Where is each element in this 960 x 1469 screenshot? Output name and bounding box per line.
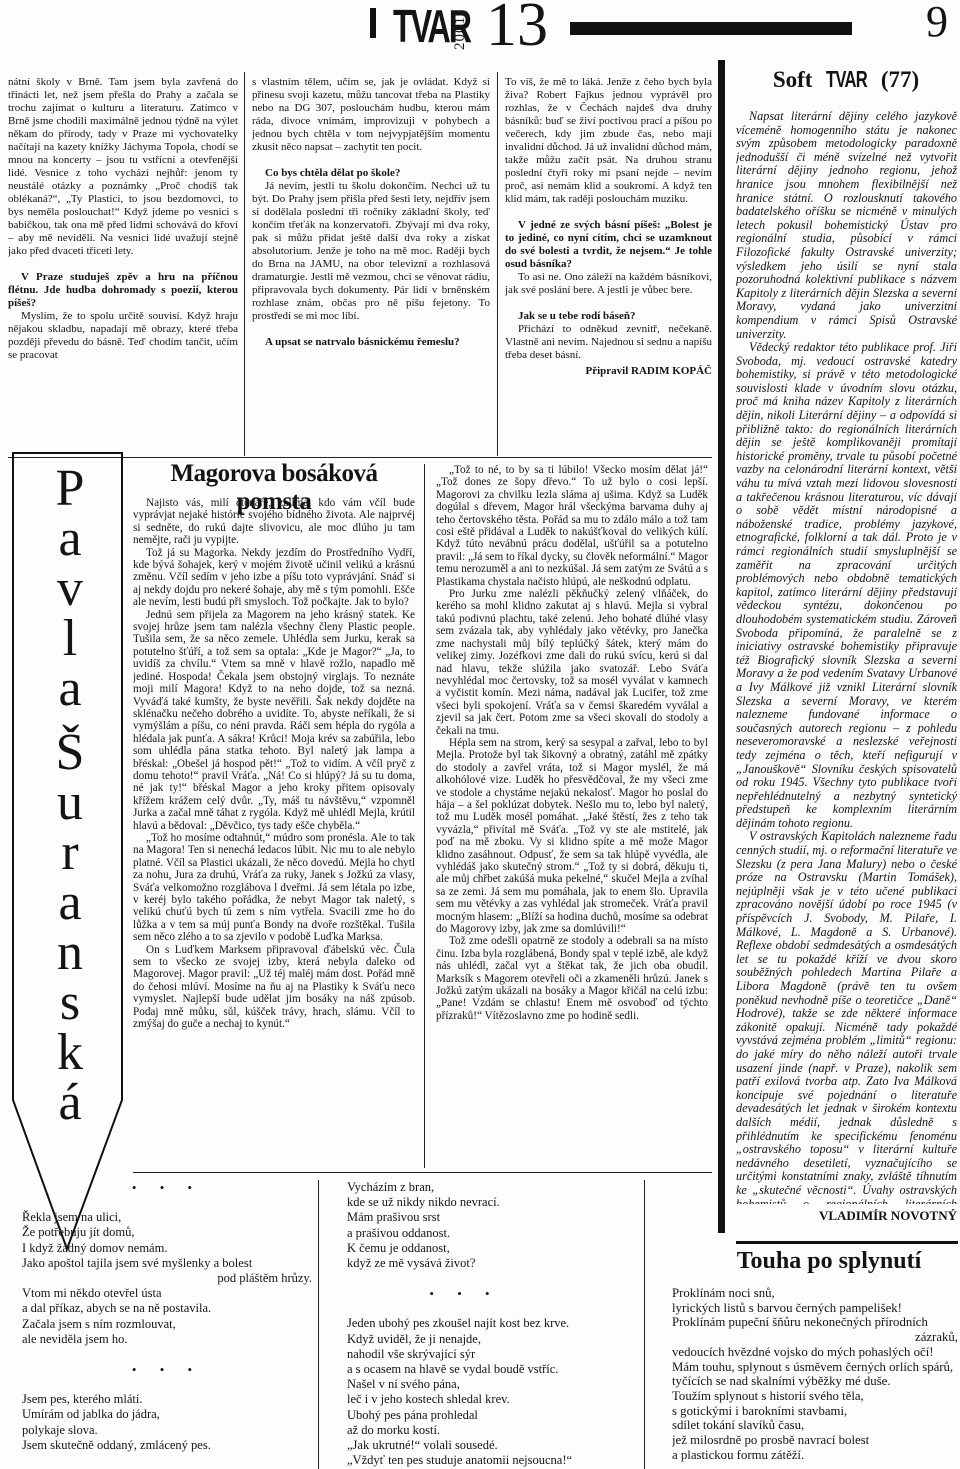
verse-line: a prašivou oddanost. (347, 1226, 582, 1241)
verse-line: leč i v jeho kostech shledal krev. (347, 1392, 582, 1407)
banner-letter: v (57, 564, 83, 614)
banner-letter: l (63, 614, 77, 664)
review-title: Soft TVAR (77) (736, 66, 956, 93)
author-banner-name: PavlaŠuranská (24, 464, 116, 1128)
paragraph: Myslím, že to spolu určitě souvisí. Když… (8, 310, 238, 362)
verse-line: Začala jsem s ním rozmlouvat, (22, 1317, 312, 1332)
review-title-logo: TVAR (826, 66, 867, 93)
interview-question: V Praze studuješ zpěv a hru na příčnou f… (8, 271, 238, 310)
main-divider-bar (718, 60, 725, 1233)
paragraph: „Tož to né, to by sa ti lúbilo! Všecko m… (436, 464, 708, 588)
verse-line: kde se už nikdy nikdo nevrací. (347, 1195, 582, 1210)
banner-letter: á (58, 1078, 81, 1128)
verse-line: sdílet tokání slavíků času, (672, 1418, 958, 1433)
separator-dots: • • • (22, 1180, 312, 1195)
verse-line: Vtom mi někdo otevřel ústa (22, 1286, 312, 1301)
column-rule (497, 72, 498, 456)
banner-letter: P (56, 464, 85, 514)
verse-line: lyrických listů s barvou černých pampeli… (672, 1301, 958, 1316)
verse-line: Že potřebuju jít domů, (22, 1225, 312, 1240)
column-rule (244, 72, 245, 456)
poem-touha-body: Proklínám noci snů,lyrických listů s bar… (672, 1286, 958, 1469)
page-number: 9 (926, 0, 948, 47)
paragraph: Napsat literární dějiny celého jazykově … (736, 110, 957, 341)
masthead-year: 2001 (452, 16, 469, 50)
review-body: Napsat literární dějiny celého jazykově … (736, 110, 957, 1204)
verse-line: nahodil vše skrývající sýr (347, 1347, 582, 1362)
column-rule (644, 1180, 645, 1469)
verse-line: až do morku kostí. (347, 1423, 582, 1438)
verse-line: Jsem pes, kterého mlátí. (22, 1392, 312, 1407)
verse-line: Mám prašivou srst (347, 1210, 582, 1225)
verse-line: Našel v ní svého pána, (347, 1377, 582, 1392)
poem-section-title: Touha po splynutí (700, 1248, 958, 1275)
interview-question: Jak se u tebe rodí báseň? (505, 310, 712, 323)
paragraph: Pro Jurku zme nalézli pěkňučký zelený vl… (436, 588, 708, 737)
paragraph: Najisto vás, milí čtenářé, zajímá, kdo v… (133, 497, 415, 547)
separator-dots: • • • (347, 1286, 582, 1301)
banner-letter: Š (56, 728, 85, 778)
paragraph: „Tož ho mosíme odtahnút,“ múdro som pron… (133, 832, 415, 944)
verse-line-right: zázraků, (672, 1330, 958, 1345)
verse-line: „Vždyť ten pes studuje anatomii nejsoucn… (347, 1453, 582, 1468)
masthead-square-mark (370, 8, 376, 38)
verse-line: a plastickou formu zátěží. (672, 1448, 958, 1463)
paragraph: Jednú sem přijela za Magorem na jeho krá… (133, 609, 415, 832)
banner-letter: s (60, 978, 80, 1028)
column-rule (318, 1180, 319, 1469)
paragraph: To víš, že mě to láká. Jenže z čeho bych… (505, 76, 712, 206)
verse-line: jež milosrdně po prosbě navrací bolest (672, 1433, 958, 1448)
verse-line: K čemu je oddanost, (347, 1241, 582, 1256)
review-byline: VLADIMÍR NOVOTNÝ (736, 1208, 957, 1224)
verse-line: Jsem skutečně oddaný, zmlácený pes. (22, 1438, 312, 1453)
verse-line: „Jak ukrutné!“ volali sousedé. (347, 1438, 582, 1453)
paragraph: Tož já su Magorka. Nekdy jezdím do Prost… (133, 547, 415, 609)
interview-column-2: s vlastním tělem, učím se, jak je ovláda… (252, 76, 490, 456)
banner-letter: a (58, 878, 81, 928)
verse-line: Proklínám noci snů, (672, 1286, 958, 1301)
verse-line: a s ocasem na hlavě se vydal boudě vstří… (347, 1362, 582, 1377)
column-rule (424, 464, 425, 1168)
interview-question: V jedné ze svých básní píšeš: „Bolest je… (505, 219, 712, 271)
story-column-1: Najisto vás, milí čtenářé, zajímá, kdo v… (133, 497, 415, 1165)
verse-line: tyčících se nad skalními výběžky mé duše… (672, 1374, 958, 1389)
banner-letter: a (58, 514, 81, 564)
paragraph: s vlastním tělem, učím se, jak je ovláda… (252, 76, 490, 154)
verse-line: když ze mě vysává život? (347, 1256, 582, 1271)
paragraph: Tož zme odešli opatrně ze stodoly a odeb… (436, 935, 708, 1022)
paragraph: Vědecký redaktor této publikace prof. Ji… (736, 341, 957, 830)
verse-line-right: pod pláštěm hrůzy. (22, 1271, 312, 1286)
verse-line: Ubohý pes pána prohledal (347, 1408, 582, 1423)
verse-line: Mám touhu, splynout s úsměvem černých or… (672, 1360, 958, 1375)
verse-line: ale neviděla jsem ho. (22, 1332, 312, 1347)
interview-question: Co bys chtěla dělat po škole? (252, 167, 490, 180)
byline: Připravil RADIM KOPÁČ (505, 365, 712, 378)
paragraph: nátní školy v Brně. Tam jsem byla zavřen… (8, 76, 238, 258)
paragraph: To asi ne. Ono záleží na každém básníkov… (505, 271, 712, 297)
paragraph: On s Luďkem Marksem připravoval ďábelskú… (133, 944, 415, 1031)
verse-line: vedoucích hvězdné vojsko do mých pohaslý… (672, 1345, 958, 1360)
paragraph: Já nevím, jestli tu školu dokončím. Nech… (252, 180, 490, 323)
banner-letter: n (57, 928, 83, 978)
verse-line: Řekla jsem na ulici, (22, 1210, 312, 1225)
newspaper-page: TVAR 2001 13 9 nátní školy v Brně. Tam j… (0, 0, 960, 1469)
verse-line: Toužím splynout s historií svého těla, (672, 1389, 958, 1404)
paragraph: Hépla sem na strom, kerý sa sesypal a za… (436, 737, 708, 936)
poem-column-2: Vycházím z bran,kde se už nikdy nikdo ne… (347, 1180, 582, 1469)
banner-letter: r (61, 828, 78, 878)
banner-letter: u (57, 778, 83, 828)
review-title-pre: Soft (773, 67, 813, 92)
verse-line: Jeden ubohý pes zkoušel najít kost bez k… (347, 1316, 582, 1331)
masthead-bar (570, 22, 852, 35)
interview-question: A upsat se natrvalo básnickému řemeslu? (252, 336, 490, 349)
verse-line: Vycházím z bran, (347, 1180, 582, 1195)
story-column-2: „Tož to né, to by sa ti lúbilo! Všecko m… (436, 464, 708, 1165)
verse-line: Proklínám pupeční šňůru nekonečných přír… (672, 1315, 958, 1330)
paragraph: Přichází to odněkud zevnitř, nečekaně. V… (505, 323, 712, 362)
verse-line: polykaje slova. (22, 1423, 312, 1438)
interview-column-3: To víš, že mě to láká. Jenže z čeho bych… (505, 76, 712, 456)
paragraph: V ostravských Kapitolách nalezneme řadu … (736, 830, 957, 1204)
verse-line: Když uviděl, že ji nenajde, (347, 1332, 582, 1347)
touha-section-rule (736, 1241, 958, 1244)
verse-line: a dal příkaz, abych se na ně postavila. (22, 1301, 312, 1316)
poem-column-1: • • •Řekla jsem na ulici,Že potřebuju jí… (22, 1180, 312, 1469)
verse-line: Jako apoštol tajila jsem své myšlenky a … (22, 1256, 312, 1271)
separator-dots: • • • (22, 1362, 312, 1377)
verse-line: s gotickými i barokními stavbami, (672, 1404, 958, 1419)
verse-line: I když žádný domov nemám. (22, 1241, 312, 1256)
section-rule (133, 1172, 712, 1173)
verse-line: Umírám od jablka do jádra, (22, 1407, 312, 1422)
banner-letter: k (57, 1028, 83, 1078)
masthead-issue-number: 13 (486, 0, 548, 61)
banner-letter: a (58, 664, 81, 714)
interview-column-1: nátní školy v Brně. Tam jsem byla zavřen… (8, 76, 238, 456)
review-title-suffix: (77) (881, 67, 919, 92)
